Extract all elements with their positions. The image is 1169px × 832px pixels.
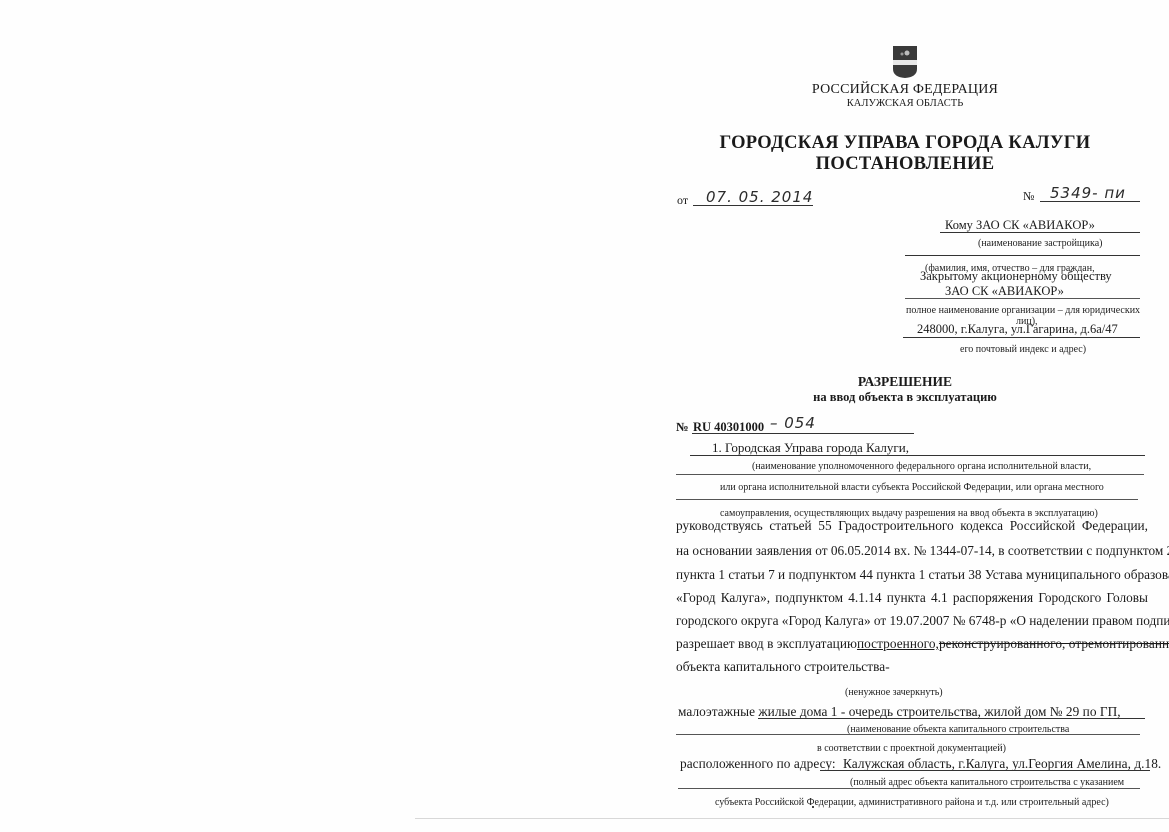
- recipient-caption: (наименование застройщика): [978, 238, 1102, 249]
- coat-of-arms-icon: [892, 45, 918, 79]
- address-underline: [903, 337, 1140, 338]
- number-prefix: №: [1023, 189, 1034, 204]
- object-line: объекта капитального строительства-: [676, 659, 890, 675]
- permit-number-handwritten: – 054: [770, 414, 816, 432]
- body-line-2: на основании заявления от 06.05.2014 вх.…: [676, 543, 1148, 559]
- body-line-3: пункта 1 статьи 7 и подпунктом 44 пункта…: [676, 567, 1148, 583]
- organization-line-2: ЗАО СК «АВИАКОР»: [945, 284, 1064, 299]
- permit-number-prefix: №: [676, 420, 689, 435]
- issuer-line-3: [676, 499, 1138, 500]
- organization-line-1: Закрытому акционерному обществу: [920, 269, 1112, 284]
- permit-title: РАЗРЕШЕНИЕ: [780, 374, 1030, 390]
- permits-line: разрешает ввод в эксплуатацию построенно…: [676, 636, 1148, 652]
- issuer-caption-1: (наименование уполномоченного федерально…: [752, 461, 1091, 472]
- option-built: построенного,: [857, 636, 939, 652]
- recipient-line: Кому ЗАО СК «АВИАКОР»: [945, 218, 1095, 233]
- scan-dot: [812, 806, 814, 808]
- object-caption-2: в соответствии с проектной документацией…: [817, 743, 1006, 754]
- date-underline: [693, 205, 813, 206]
- object-line-2: [676, 734, 1140, 735]
- organization-underline: [905, 298, 1140, 299]
- location-line-2: [678, 788, 1140, 789]
- location-underline: [820, 770, 1150, 771]
- date-prefix: от: [677, 193, 688, 208]
- body-line-5: городского округа «Город Калуга» от 19.0…: [676, 613, 1148, 629]
- location-value: Калужская область, г.Калуга, ул.Георгия …: [843, 756, 1161, 771]
- authority-title: ГОРОДСКАЯ УПРАВА ГОРОДА КАЛУГИ: [680, 133, 1130, 154]
- body-line-1: руководствуясь статьей 55 Градостроитель…: [676, 518, 1148, 534]
- permit-subtitle: на ввод объекта в эксплуатацию: [780, 390, 1030, 405]
- number-underline: [1040, 201, 1140, 202]
- recipient-address: 248000, г.Калуга, ул.Гагарина, д.6а/47: [917, 322, 1118, 337]
- issuer-name: 1. Городская Управа города Калуги,: [712, 440, 909, 456]
- page-bottom-edge: [415, 818, 1169, 819]
- country-name: РОССИЙСКАЯ ФЕДЕРАЦИЯ: [780, 82, 1030, 98]
- option-struck: реконструированного, отремонтированного: [939, 636, 1169, 652]
- permits-prefix: разрешает ввод в эксплуатацию: [676, 636, 857, 652]
- decree-number-handwritten: 5349- пи: [1050, 184, 1126, 202]
- decree-date-handwritten: 07. 05. 2014: [706, 188, 813, 206]
- body-line-4: «Город Калуга», подпунктом 4.1.14 пункта…: [676, 590, 1148, 606]
- location-prefix: расположенного по адресу:: [680, 756, 836, 771]
- location-caption-1: (полный адрес объекта капитального строи…: [850, 777, 1124, 788]
- document-type-title: ПОСТАНОВЛЕНИЕ: [680, 154, 1130, 175]
- address-caption: его почтовый индекс и адрес): [960, 344, 1086, 355]
- permit-number-underline: [692, 433, 914, 434]
- location-caption-2: субъекта Российской Федерации, администр…: [715, 797, 1109, 808]
- scanned-document-page: РОССИЙСКАЯ ФЕДЕРАЦИЯ КАЛУЖСКАЯ ОБЛАСТЬ Г…: [0, 0, 1169, 832]
- region-name: КАЛУЖСКАЯ ОБЛАСТЬ: [780, 98, 1030, 109]
- issuer-caption-2: или органа исполнительной власти субъект…: [720, 482, 1104, 493]
- person-underline: [905, 255, 1140, 256]
- strike-caption: (ненужное зачеркнуть): [845, 687, 943, 698]
- issuer-line-2: [676, 474, 1144, 475]
